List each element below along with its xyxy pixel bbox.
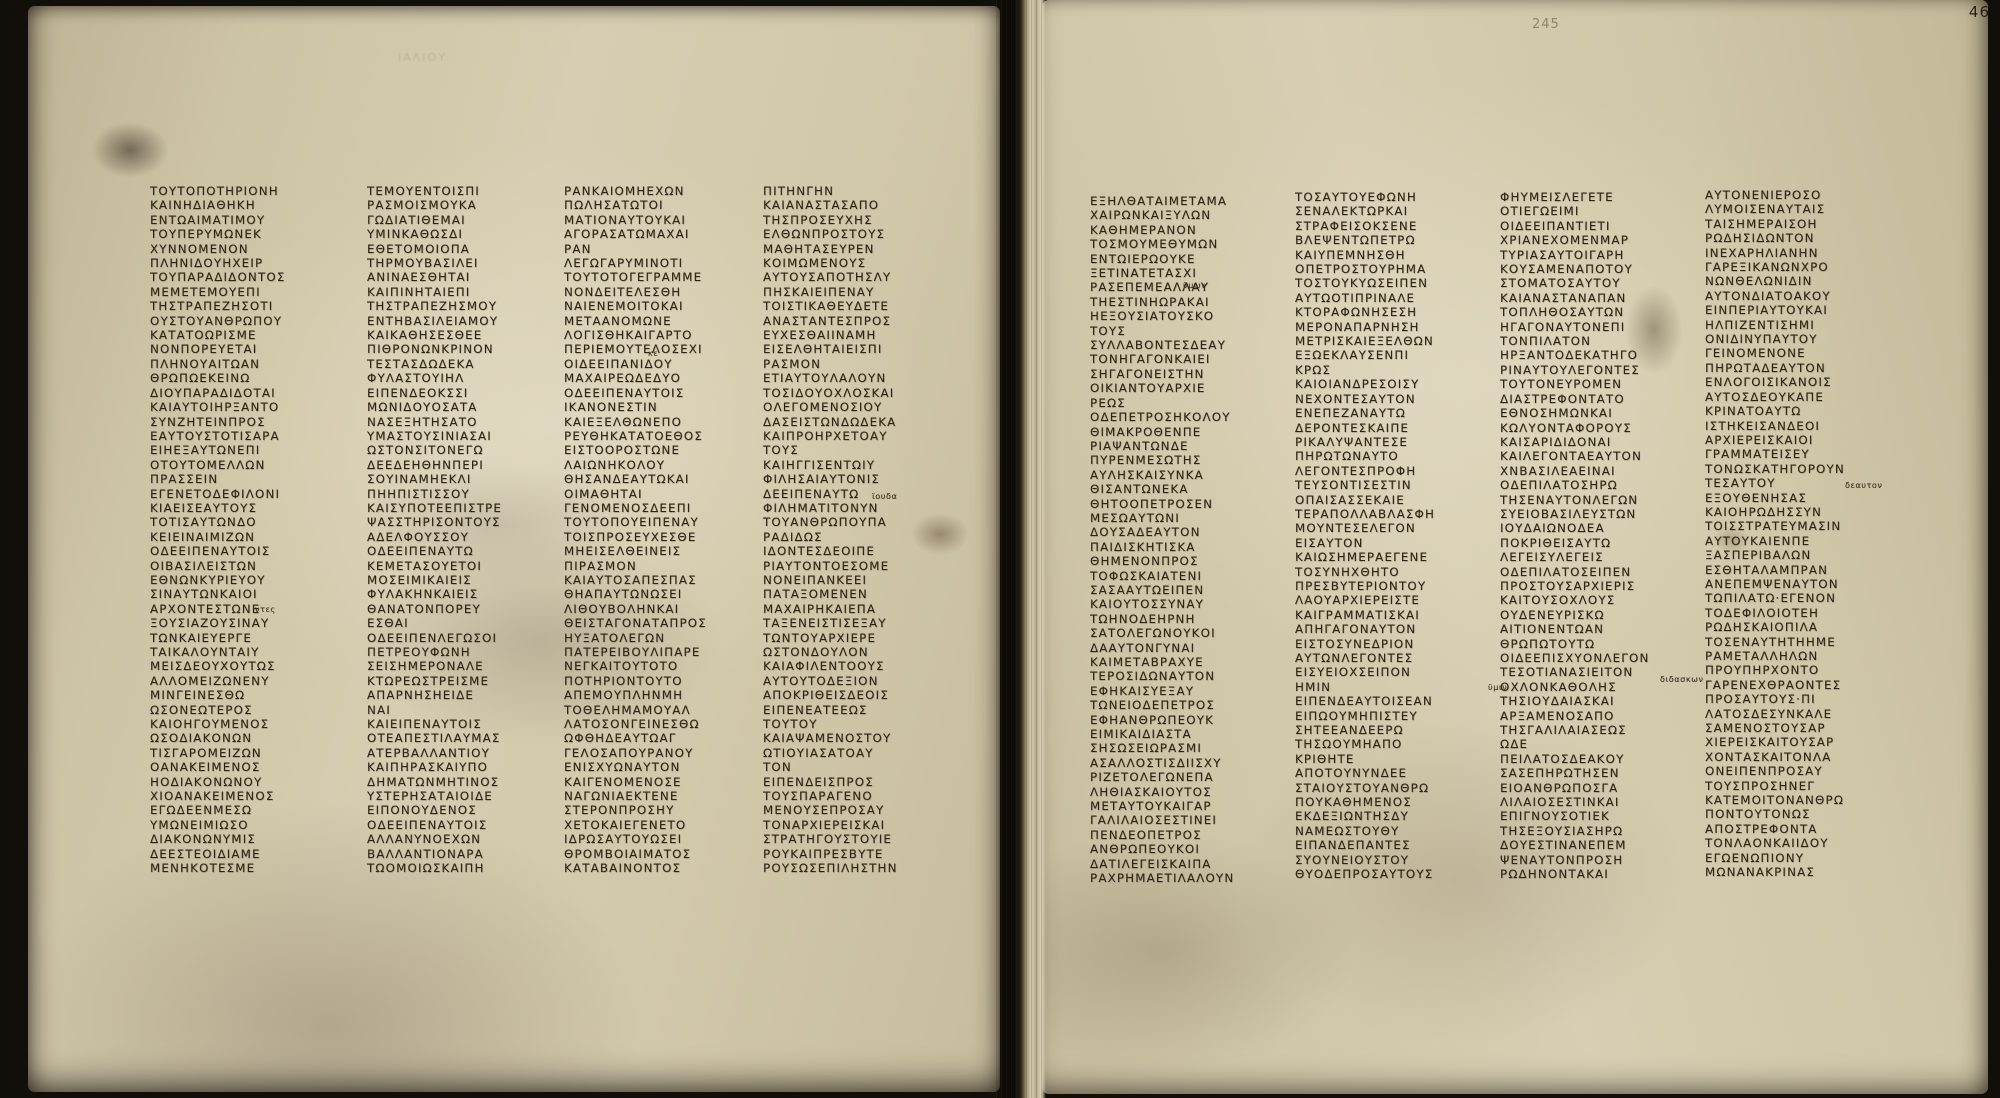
ink-offset-smudge: ΙΑΛΙΟΥ — [398, 51, 447, 64]
marginal-correction: δεαυτον — [1845, 481, 1883, 490]
right-page-column-3: ΦΗΥΜΕΙΣΛΕΓΕΤΕ ΟΤΙΕΓΩΕΙΜΙ ΟΙΔΕΕΙΠΑΝΤΙΕΤΙ … — [1500, 190, 1722, 882]
left-page-column-1: ΤΟΥΤΟΠΟΤΗΡΙΟΝΗ ΚΑΙΝΗΔΙΑΘΗΚΗ ΕΝΤΩΑΙΜΑΤΙΜΟ… — [150, 184, 372, 876]
marginal-correction: κε — [648, 349, 658, 358]
right-page-column-2: ΤΟΣΑΥΤΟΥΕΦΩΝΗ ΣΕΝΑΛΕΚΤΩΡΚΑΙ ΣΤΡΑΦΕΙΣΟΚΣΕ… — [1295, 190, 1517, 882]
book-gutter — [996, 0, 1046, 1098]
marginal-correction: ϊουδα — [872, 492, 897, 501]
plate-number: 46 — [1969, 3, 1990, 21]
marginal-correction: διδασκων — [1660, 675, 1704, 684]
left-page-column-4: ΠΙΤΗΝΓΗΝ ΚΑΙΑΝΑΣΤΑΣΑΠΟ ΤΗΣΠΡΟΣΕΥΧΗΣ ΕΛΘΩ… — [763, 184, 985, 876]
right-page-column-4: ΑΥΤΟΝΕΝΙΕΡΟΣΟ ΛΥΜΟΙΣΕΝΑΥΤΑΙΣ ΤΑΙΣΗΜΕΡΑΙΣ… — [1705, 188, 1927, 880]
manuscript-photo: ΤΟΥΤΟΠΟΤΗΡΙΟΝΗ ΚΑΙΝΗΔΙΑΘΗΚΗ ΕΝΤΩΑΙΜΑΤΙΜΟ… — [0, 0, 2000, 1098]
marginal-correction: ϋμιν — [1488, 683, 1507, 692]
right-page-column-1: ΕΞΗΛΘΑΤΑΙΜΕΤΑΜΑ ΧΑΙΡΩΝΚΑΙΞΥΛΩΝ ΚΑΘΗΜΕΡΑΝ… — [1090, 194, 1312, 886]
marginal-correction: ντες — [255, 605, 276, 614]
marginal-correction: ϋμων — [1183, 281, 1206, 290]
left-page-column-3: ΡΑΝΚΑΙΟΜΗΕΧΩΝ ΠΩΛΗΣΑΤΩΤΟΙ ΜΑΤΙΟΝΑΥΤΟΥΚΑΙ… — [564, 184, 786, 876]
pencil-folio-number: 245 — [1532, 17, 1560, 32]
left-page-column-2: ΤΕΜΟΥΕΝΤΟΙΣΠΙ ΡΑΣΜΟΙΣΜΟΥΚΑ ΓΩΔΙΑΤΙΘΕΜΑΙ … — [367, 184, 589, 876]
